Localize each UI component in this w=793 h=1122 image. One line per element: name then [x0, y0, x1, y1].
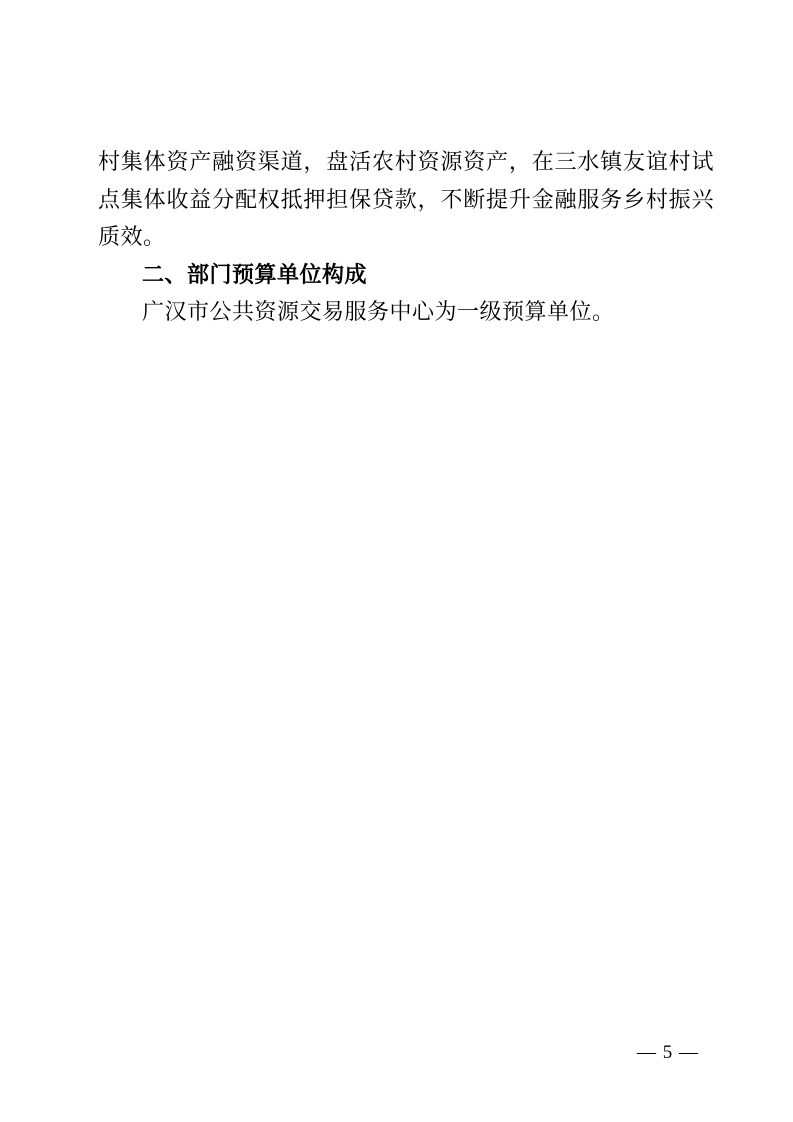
document-content: 村集体资产融资渠道，盘活农村资源资产，在三水镇友谊村试点集体收益分配权抵押担保贷… — [98, 143, 714, 331]
page-number: — 5 — — [637, 1043, 699, 1062]
section-heading: 二、部门预算单位构成 — [98, 256, 714, 294]
paragraph-budget-unit: 广汉市公共资源交易服务中心为一级预算单位。 — [98, 293, 714, 331]
document-page: 村集体资产融资渠道，盘活农村资源资产，在三水镇友谊村试点集体收益分配权抵押担保贷… — [0, 0, 793, 1122]
paragraph-continuation: 村集体资产融资渠道，盘活农村资源资产，在三水镇友谊村试点集体收益分配权抵押担保贷… — [98, 143, 714, 256]
